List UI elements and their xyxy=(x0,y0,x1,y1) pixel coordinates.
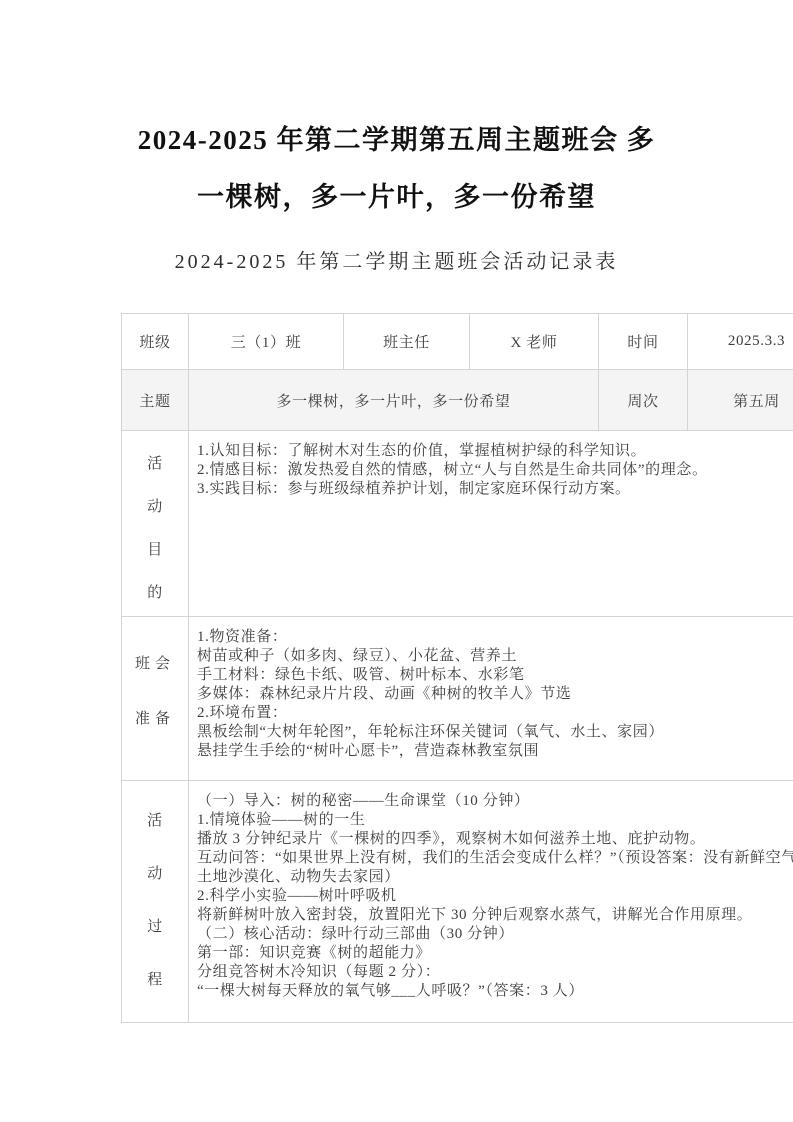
week-value: 第五周 xyxy=(688,370,793,431)
activity-goal-label: 活动目的 xyxy=(122,431,189,617)
text-line: 过 xyxy=(122,901,188,954)
text-line: 班会 xyxy=(122,637,188,692)
table-row-activity-goal: 活动目的 1.认知目标：了解树木对生态的价值，掌握植树护绿的科学知识。2.情感目… xyxy=(122,431,793,617)
text-line: （一）导入：树的秘密——生命课堂（10 分钟） xyxy=(197,792,793,811)
text-line: 动 xyxy=(122,486,188,529)
meeting-prep-content: 1.物资准备：树苗或种子（如多肉、绿豆）、小花盆、营养土手工材料：绿色卡纸、吸管… xyxy=(189,617,793,781)
time-label: 时间 xyxy=(599,314,688,370)
activity-record-table: 班级 三（1）班 班主任 X 老师 时间 2025.3.3 主题 多一棵树，多一… xyxy=(121,313,793,1023)
text-line: 1.情境体验——树的一生 xyxy=(197,811,793,830)
activity-goal-content-text: 1.认知目标：了解树木对生态的价值，掌握植树护绿的科学知识。2.情感目标：激发热… xyxy=(189,431,793,499)
class-value: 三（1）班 xyxy=(189,314,344,370)
theme-label: 主题 xyxy=(122,370,189,431)
text-line: 1.物资准备： xyxy=(197,628,793,647)
text-line: 2.科学小实验——树叶呼吸机 xyxy=(197,887,793,906)
text-line: “一棵大树每天释放的氧气够___人呼吸？”（答案：3 人） xyxy=(197,982,793,1001)
activity-process-label-text: 活动过程 xyxy=(122,781,188,1007)
activity-process-content-text: （一）导入：树的秘密——生命课堂（10 分钟）1.情境体验——树的一生播放 3 … xyxy=(189,781,793,1001)
table-row-theme: 主题 多一棵树，多一片叶，多一份希望 周次 第五周 xyxy=(122,370,793,431)
activity-process-content: （一）导入：树的秘密——生命课堂（10 分钟）1.情境体验——树的一生播放 3 … xyxy=(189,781,793,1023)
document-title-line2: 一棵树，多一片叶，多一份希望 xyxy=(120,169,673,226)
text-line: 黑板绘制“大树年轮图”，年轮标注环保关键词（氧气、水土、家园） xyxy=(197,723,793,742)
document-title-line1: 2024-2025 年第二学期第五周主题班会 多 xyxy=(120,112,673,169)
document-page: 2024-2025 年第二学期第五周主题班会 多 一棵树，多一片叶，多一份希望 … xyxy=(0,0,793,1122)
text-line: 程 xyxy=(122,954,188,1007)
document-title: 2024-2025 年第二学期第五周主题班会 多 一棵树，多一片叶，多一份希望 xyxy=(120,112,673,226)
text-line: 悬挂学生手绘的“树叶心愿卡”，营造森林教室氛围 xyxy=(197,742,793,761)
meeting-prep-label: 班会准备 xyxy=(122,617,189,781)
table-row-info: 班级 三（1）班 班主任 X 老师 时间 2025.3.3 xyxy=(122,314,793,370)
text-line: 3.实践目标：参与班级绿植养护计划，制定家庭环保行动方案。 xyxy=(197,480,793,499)
table-row-activity-process: 活动过程 （一）导入：树的秘密——生命课堂（10 分钟）1.情境体验——树的一生… xyxy=(122,781,793,1023)
table-row-meeting-prep: 班会准备 1.物资准备：树苗或种子（如多肉、绿豆）、小花盆、营养土手工材料：绿色… xyxy=(122,617,793,781)
text-line: 树苗或种子（如多肉、绿豆）、小花盆、营养土 xyxy=(197,647,793,666)
text-line: 分组竞答树木冷知识（每题 2 分）： xyxy=(197,963,793,982)
text-line: 土地沙漠化、动物失去家园） xyxy=(197,868,793,887)
text-line: 将新鲜树叶放入密封袋，放置阳光下 30 分钟后观察水蒸气，讲解光合作用原理。 xyxy=(197,906,793,925)
class-label: 班级 xyxy=(122,314,189,370)
meeting-prep-label-text: 班会准备 xyxy=(122,617,188,747)
week-label: 周次 xyxy=(599,370,688,431)
text-line: 多媒体：森林纪录片片段、动画《种树的牧羊人》节选 xyxy=(197,685,793,704)
activity-goal-content: 1.认知目标：了解树木对生态的价值，掌握植树护绿的科学知识。2.情感目标：激发热… xyxy=(189,431,793,617)
record-table-caption: 2024-2025 年第二学期主题班会活动记录表 xyxy=(0,249,793,276)
meeting-prep-content-text: 1.物资准备：树苗或种子（如多肉、绿豆）、小花盆、营养土手工材料：绿色卡纸、吸管… xyxy=(189,617,793,761)
text-line: 第一部：知识竞赛《树的超能力》 xyxy=(197,944,793,963)
text-line: （二）核心活动：绿叶行动三部曲（30 分钟） xyxy=(197,925,793,944)
text-line: 目 xyxy=(122,529,188,572)
text-line: 准备 xyxy=(122,692,188,747)
text-line: 活 xyxy=(122,795,188,848)
head-teacher-label: 班主任 xyxy=(344,314,470,370)
text-line: 1.认知目标：了解树木对生态的价值，掌握植树护绿的科学知识。 xyxy=(197,442,793,461)
time-value: 2025.3.3 xyxy=(688,314,793,370)
text-line: 活 xyxy=(122,443,188,486)
text-line: 播放 3 分钟纪录片《一棵树的四季》，观察树木如何滋养土地、庇护动物。 xyxy=(197,830,793,849)
text-line: 2.环境布置： xyxy=(197,704,793,723)
text-line: 的 xyxy=(122,572,188,615)
text-line: 动 xyxy=(122,848,188,901)
activity-goal-label-text: 活动目的 xyxy=(122,431,188,615)
head-teacher-value: X 老师 xyxy=(470,314,599,370)
theme-value: 多一棵树，多一片叶，多一份希望 xyxy=(189,370,599,431)
text-line: 互动问答：“如果世界上没有树，我们的生活会变成什么样？”（预设答案：没有新鲜空气… xyxy=(197,849,793,868)
text-line: 2.情感目标：激发热爱自然的情感，树立“人与自然是生命共同体”的理念。 xyxy=(197,461,793,480)
activity-process-label: 活动过程 xyxy=(122,781,189,1023)
text-line: 手工材料：绿色卡纸、吸管、树叶标本、水彩笔 xyxy=(197,666,793,685)
